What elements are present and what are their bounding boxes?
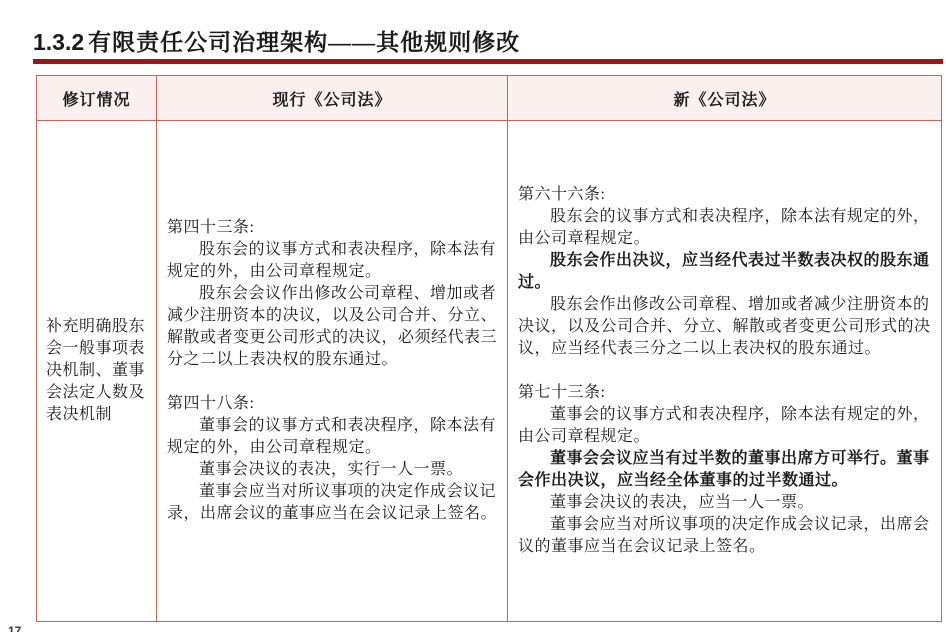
law-paragraph: 董事会应当对所议事项的决定作成会议记录，出席会议的董事应当在会议记录上签名。 — [518, 514, 931, 558]
law-paragraph: 股东会会议作出修改公司章程、增加或者减少注册资本的决议，以及公司合并、分立、解散… — [167, 283, 497, 371]
law-paragraph: 股东会作出决议，应当经代表过半数表决权的股东通过。 — [518, 250, 931, 294]
law-paragraph: 股东会的议事方式和表决程序，除本法有规定的外，由公司章程规定。 — [167, 239, 497, 283]
title-underline-rule — [33, 59, 943, 64]
revision-summary-cell: 补充明确股东会一般事项表决机制、董事会法定人数及表决机制 — [37, 121, 157, 622]
law-paragraph: 董事会决议的表决，实行一人一票。 — [167, 459, 497, 481]
law-paragraph: 第七十三条: — [518, 382, 931, 404]
title-text: 有限责任公司治理架构——其他规则修改 — [88, 30, 520, 55]
law-paragraph: 董事会的议事方式和表决程序，除本法有规定的外，由公司章程规定。 — [518, 404, 931, 448]
law-paragraph: 董事会应当对所议事项的决定作成会议记录，出席会议的董事应当在会议记录上签名。 — [167, 481, 497, 525]
law-paragraph: 董事会会议应当有过半数的董事出席方可举行。董事会作出决议，应当经全体董事的过半数… — [518, 448, 931, 492]
law-paragraph: 第四十八条: — [167, 393, 497, 415]
law-paragraph: 董事会的议事方式和表决程序，除本法有规定的外，由公司章程规定。 — [167, 415, 497, 459]
page-number: 17 — [8, 624, 21, 632]
header-revision-status: 修订情况 — [37, 76, 157, 121]
new-law-cell: 第六十六条:股东会的议事方式和表决程序，除本法有规定的外，由公司章程规定。股东会… — [508, 121, 942, 622]
law-paragraph — [518, 360, 931, 382]
title-section-number: 1.3.2 — [33, 29, 84, 55]
page-title: 1.3.2有限责任公司治理架构——其他规则修改 — [33, 24, 520, 57]
current-law-cell: 第四十三条:股东会的议事方式和表决程序，除本法有规定的外，由公司章程规定。股东会… — [157, 121, 508, 622]
table-row: 补充明确股东会一般事项表决机制、董事会法定人数及表决机制 第四十三条:股东会的议… — [37, 121, 942, 622]
law-paragraph: 董事会决议的表决，应当一人一票。 — [518, 492, 931, 514]
law-paragraph: 股东会作出修改公司章程、增加或者减少注册资本的决议，以及公司合并、分立、解散或者… — [518, 294, 931, 360]
law-paragraph: 第四十三条: — [167, 217, 497, 239]
slide-page: 1.3.2有限责任公司治理架构——其他规则修改 修订情况 现行《公司法》 新《公… — [0, 0, 946, 632]
law-paragraph: 第六十六条: — [518, 184, 931, 206]
law-comparison-table: 修订情况 现行《公司法》 新《公司法》 补充明确股东会一般事项表决机制、董事会法… — [36, 75, 942, 622]
header-current-company-law: 现行《公司法》 — [157, 76, 508, 121]
law-paragraph — [167, 371, 497, 393]
table-header-row: 修订情况 现行《公司法》 新《公司法》 — [37, 76, 942, 121]
law-paragraph: 股东会的议事方式和表决程序，除本法有规定的外，由公司章程规定。 — [518, 206, 931, 250]
header-new-company-law: 新《公司法》 — [508, 76, 942, 121]
